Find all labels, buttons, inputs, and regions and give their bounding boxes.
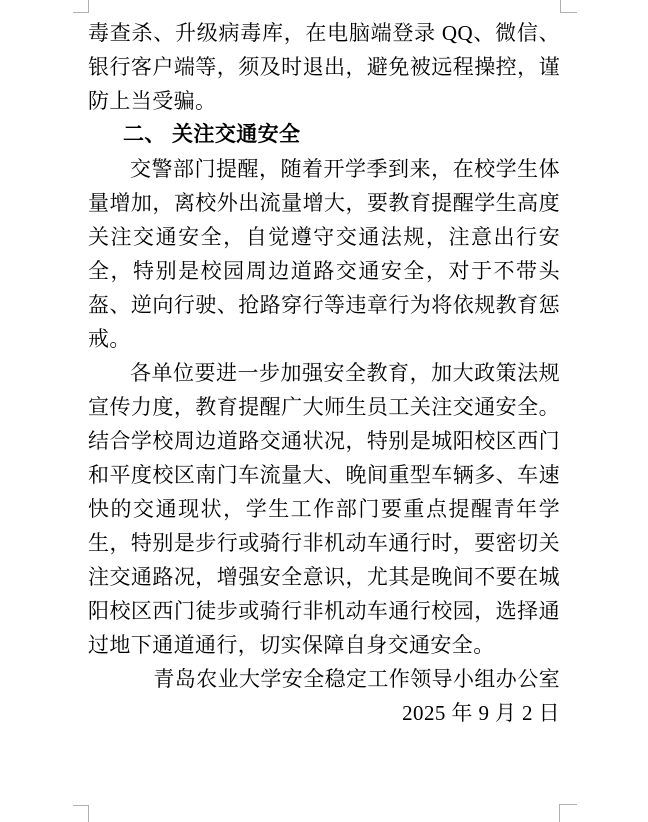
date-line: 2025 年 9 月 2 日 [88, 696, 560, 730]
signature-office: 青岛农业大学安全稳定工作领导小组办公室 [88, 662, 560, 696]
text-boundary-mark-bottom-right-icon [559, 804, 577, 822]
document-page: 毒查杀、升级病毒库，在电脑端登录 QQ、微信、银行客户端等，须及时退出，避免被远… [0, 0, 648, 822]
text-boundary-mark-top-left-icon [73, 0, 89, 13]
paragraph-traffic-police-reminder: 交警部门提醒，随着开学季到来，在校学生体量增加，离校外出流量增大，要教育提醒学生… [88, 152, 560, 356]
paragraph-virus-protection: 毒查杀、升级病毒库，在电脑端登录 QQ、微信、银行客户端等，须及时退出，避免被远… [88, 16, 560, 118]
section-heading-traffic-safety: 二、 关注交通安全 [88, 118, 560, 152]
text-boundary-mark-top-right-icon [560, 0, 577, 13]
paragraph-unit-safety-education: 各单位要进一步加强安全教育，加大政策法规宣传力度，教育提醒广大师生员工关注交通安… [88, 356, 560, 662]
document-body: 毒查杀、升级病毒库，在电脑端登录 QQ、微信、银行客户端等，须及时退出，避免被远… [88, 16, 560, 730]
text-boundary-mark-bottom-left-icon [73, 805, 89, 822]
